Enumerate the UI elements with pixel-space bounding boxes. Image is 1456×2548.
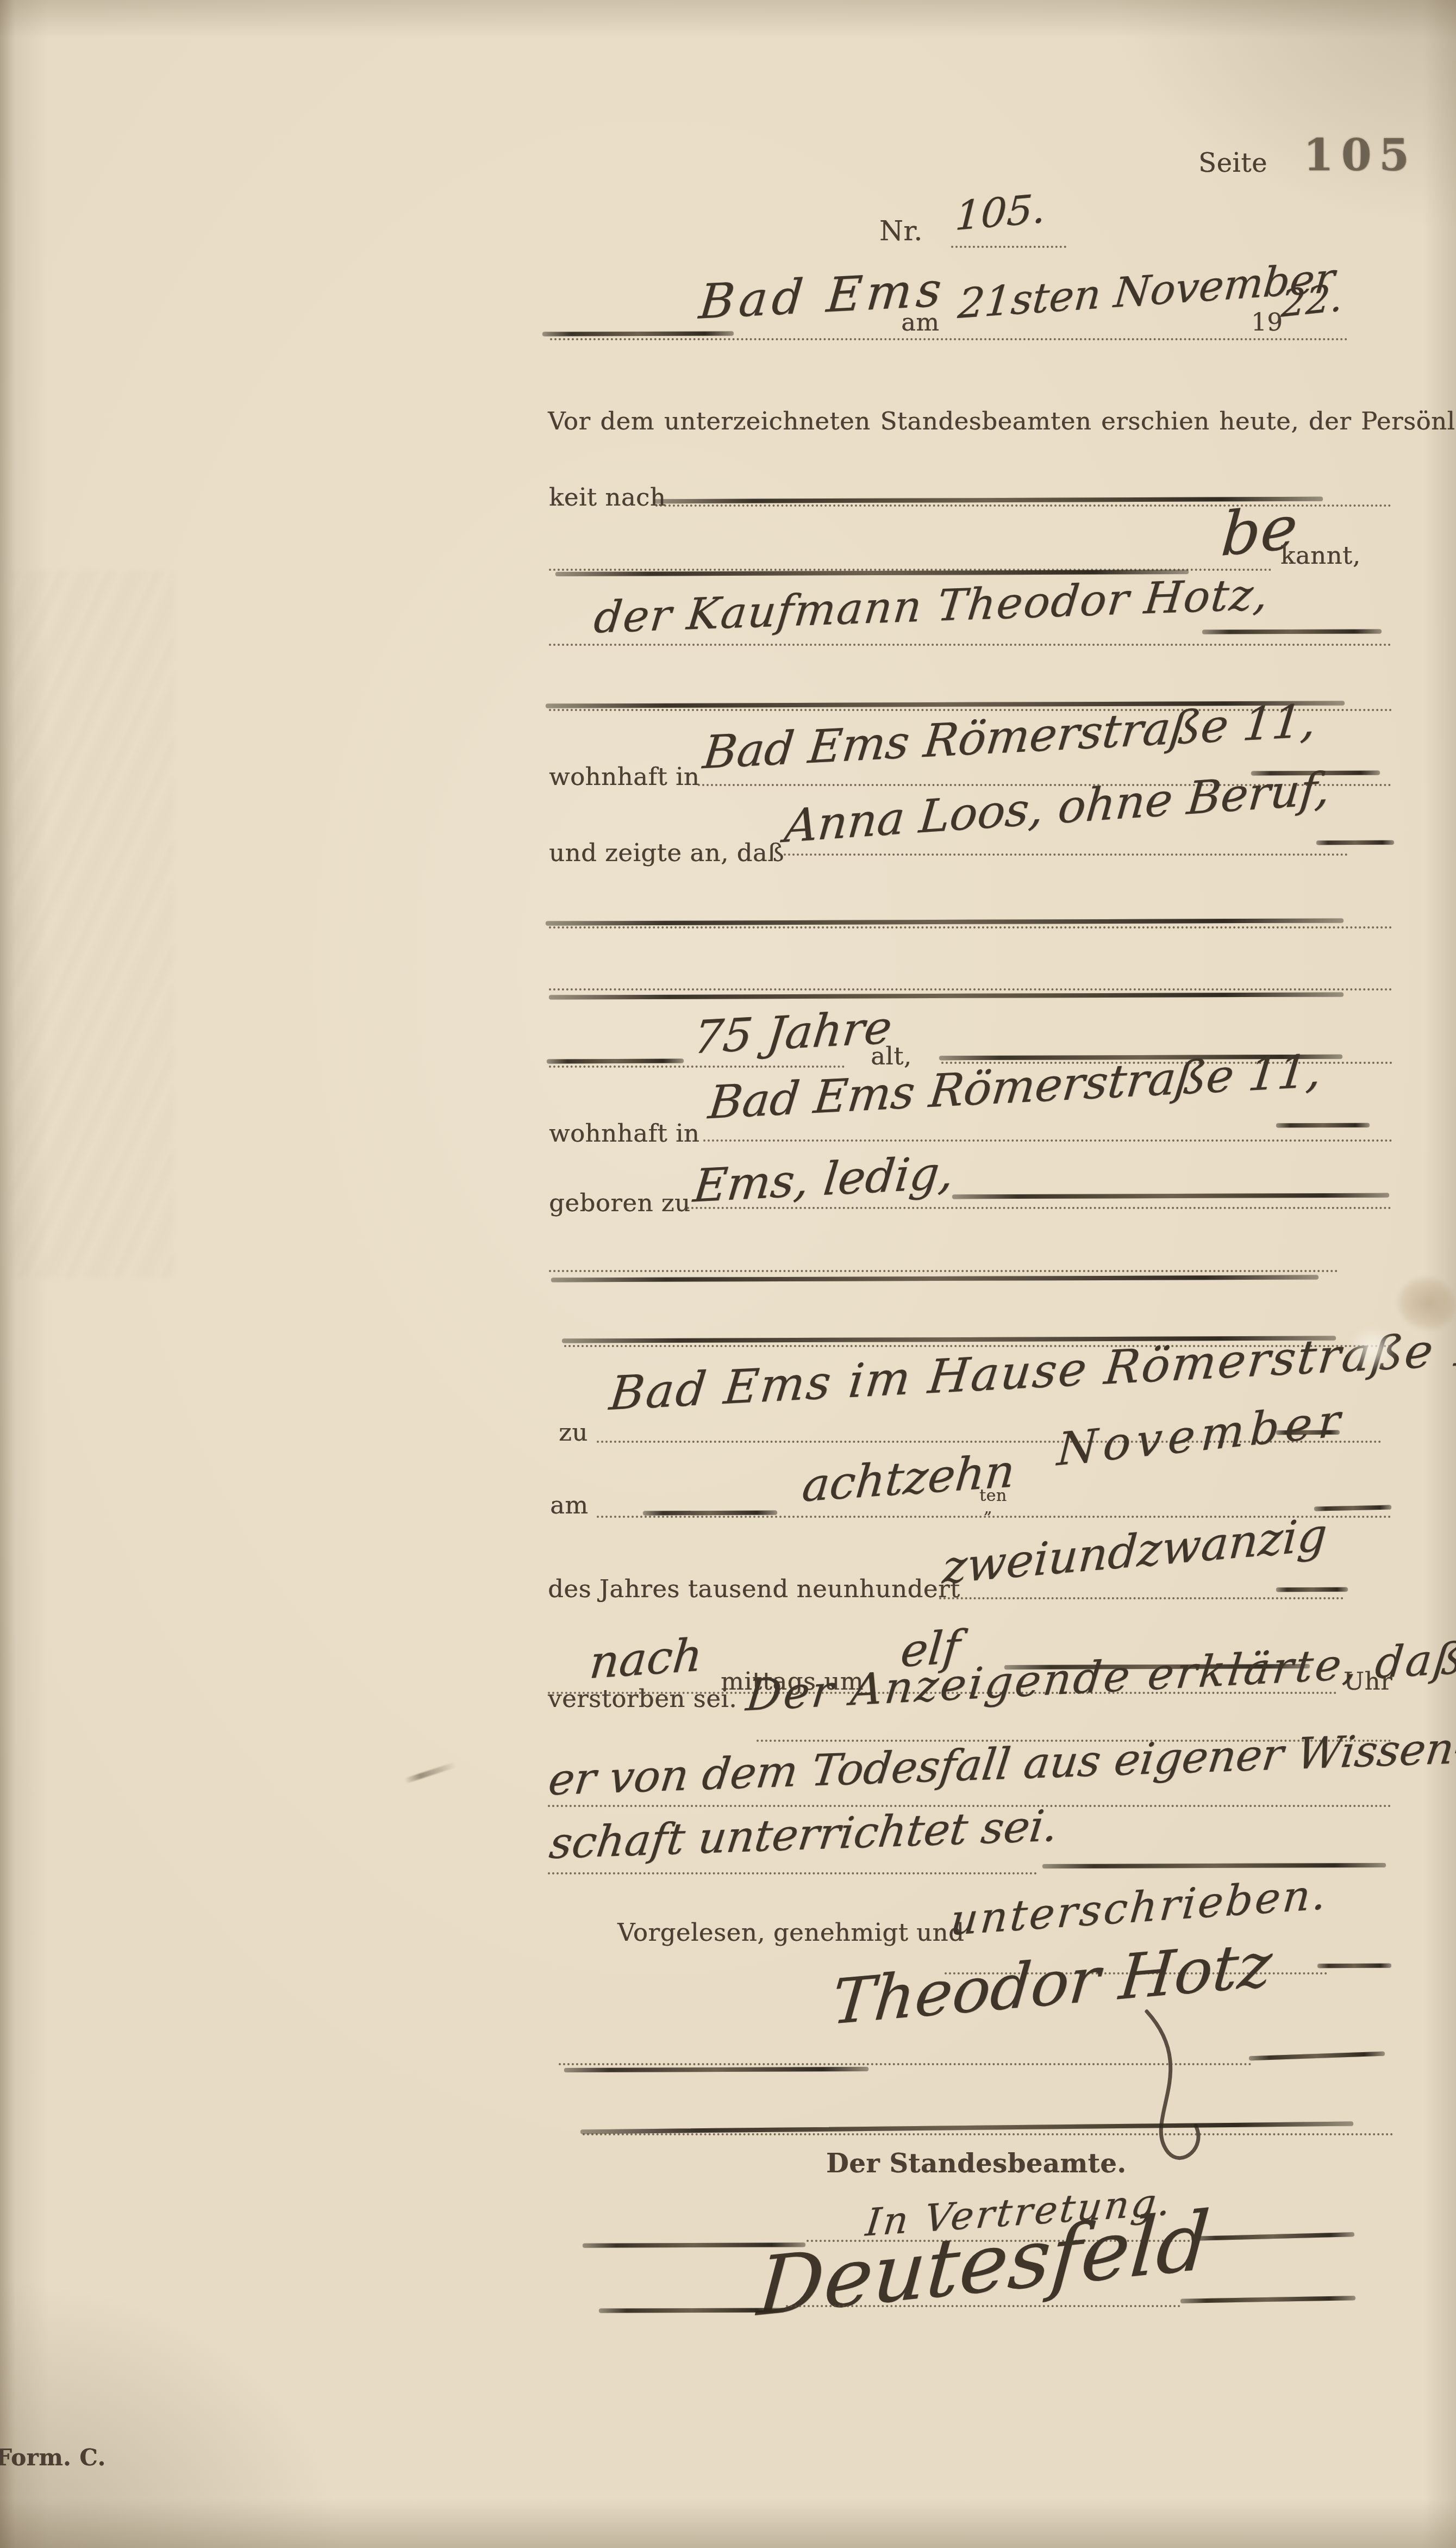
ink-smear: [404, 1762, 457, 1784]
death-register-page: Seite 105 Nr. 105. Bad Ems am 21sten Nov…: [0, 0, 1456, 2548]
page-number-stamp: 105: [1303, 129, 1417, 180]
ink-stroke: [542, 331, 734, 336]
bleed-through-hint: [11, 571, 174, 1278]
declarant-name: der Kaufmann Theodor Hotz,: [591, 569, 1271, 643]
year-printed: 19: [1251, 308, 1283, 337]
report-label: und zeigte an, daß: [549, 838, 784, 867]
year-written: 22.: [1280, 275, 1343, 326]
ruled-line: [549, 1270, 1338, 1272]
vorgelesen-label: Vorgelesen, genehmigt und: [617, 1918, 964, 1947]
declaration-line-3: schaft unterrichtet sei.: [547, 1801, 1061, 1868]
ink-stroke: [546, 918, 1343, 925]
verstorben-label: verstorben sei.: [548, 1684, 737, 1713]
ink-stroke: [653, 497, 1323, 503]
ink-stroke: [1316, 840, 1394, 845]
ink-stroke: [547, 1059, 684, 1064]
ink-stroke: [1276, 1587, 1348, 1592]
birth-label: geboren zu: [549, 1188, 690, 1217]
ink-stroke: [549, 992, 1343, 999]
ruled-line: [687, 1207, 1391, 1209]
residence1-label: wohnhaft in: [549, 762, 699, 791]
ruled-line: [549, 926, 1392, 929]
record-number-value: 105.: [954, 185, 1047, 240]
page-label: Seite: [1198, 148, 1267, 178]
ink-stroke: [1317, 1964, 1391, 1968]
birth-value: Ems, ledig,: [691, 1146, 957, 1213]
ink-stroke: [1180, 2296, 1355, 2303]
ink-stroke: [599, 2308, 785, 2313]
kannt-label: kannt,: [1280, 541, 1360, 570]
ruled-line: [549, 988, 1392, 990]
ink-stroke: [1191, 2232, 1354, 2241]
ink-stroke: [1042, 1863, 1386, 1868]
ruled-line: [559, 2063, 1252, 2065]
residence2-label: wohnhaft in: [549, 1119, 699, 1148]
ruled-line: [549, 1066, 845, 1068]
ink-stroke: [551, 1275, 1318, 1282]
ten-suffix-marks: „: [984, 1498, 992, 1517]
am-label: am: [901, 308, 940, 337]
death-place-label: zu: [559, 1418, 588, 1447]
ink-stroke: [1249, 2052, 1385, 2061]
ruled-line: [786, 2305, 1180, 2307]
age-value: 75 Jahre: [691, 1001, 895, 1064]
record-number-label: Nr.: [879, 215, 923, 247]
ruled-line: [951, 246, 1066, 248]
ink-stroke: [643, 1511, 777, 1516]
death-year-value: zweiundzwanzig: [941, 1508, 1329, 1594]
form-label: Form. C.: [0, 2444, 106, 2471]
ink-stroke: [952, 1193, 1389, 1199]
registrar-title: Der Standesbeamte.: [826, 2148, 1127, 2179]
declaration-line-1: Der Anzeigende erklärte, daß: [744, 1633, 1456, 1721]
ink-stroke: [1276, 1123, 1370, 1128]
signature-flourish: [1130, 2006, 1250, 2169]
death-month: November: [1055, 1393, 1347, 1476]
intro-line-2: keit nach: [549, 483, 666, 512]
ruled-line: [550, 338, 1348, 340]
time-prefix-written: nach: [588, 1628, 705, 1689]
deceased-name: Anna Loos, ohne Beruf,: [782, 762, 1332, 852]
death-year-label: des Jahres tausend neunhundert: [548, 1574, 960, 1603]
ruled-line: [779, 854, 1348, 856]
ruled-line: [703, 1139, 1392, 1142]
ruled-line: [549, 644, 1391, 646]
ink-stroke: [564, 2067, 868, 2072]
declaration-line-2: er von dem Todesfall aus eigener Wissen-: [546, 1723, 1456, 1805]
ruled-line: [939, 1597, 1343, 1599]
intro-line-1: Vor dem unterzeichneten Standesbeamten e…: [548, 407, 1456, 435]
ruled-line: [548, 1872, 1037, 1874]
ink-stroke: [1202, 629, 1382, 634]
death-date-label: am: [550, 1491, 589, 1519]
ruled-line: [583, 2133, 1393, 2135]
